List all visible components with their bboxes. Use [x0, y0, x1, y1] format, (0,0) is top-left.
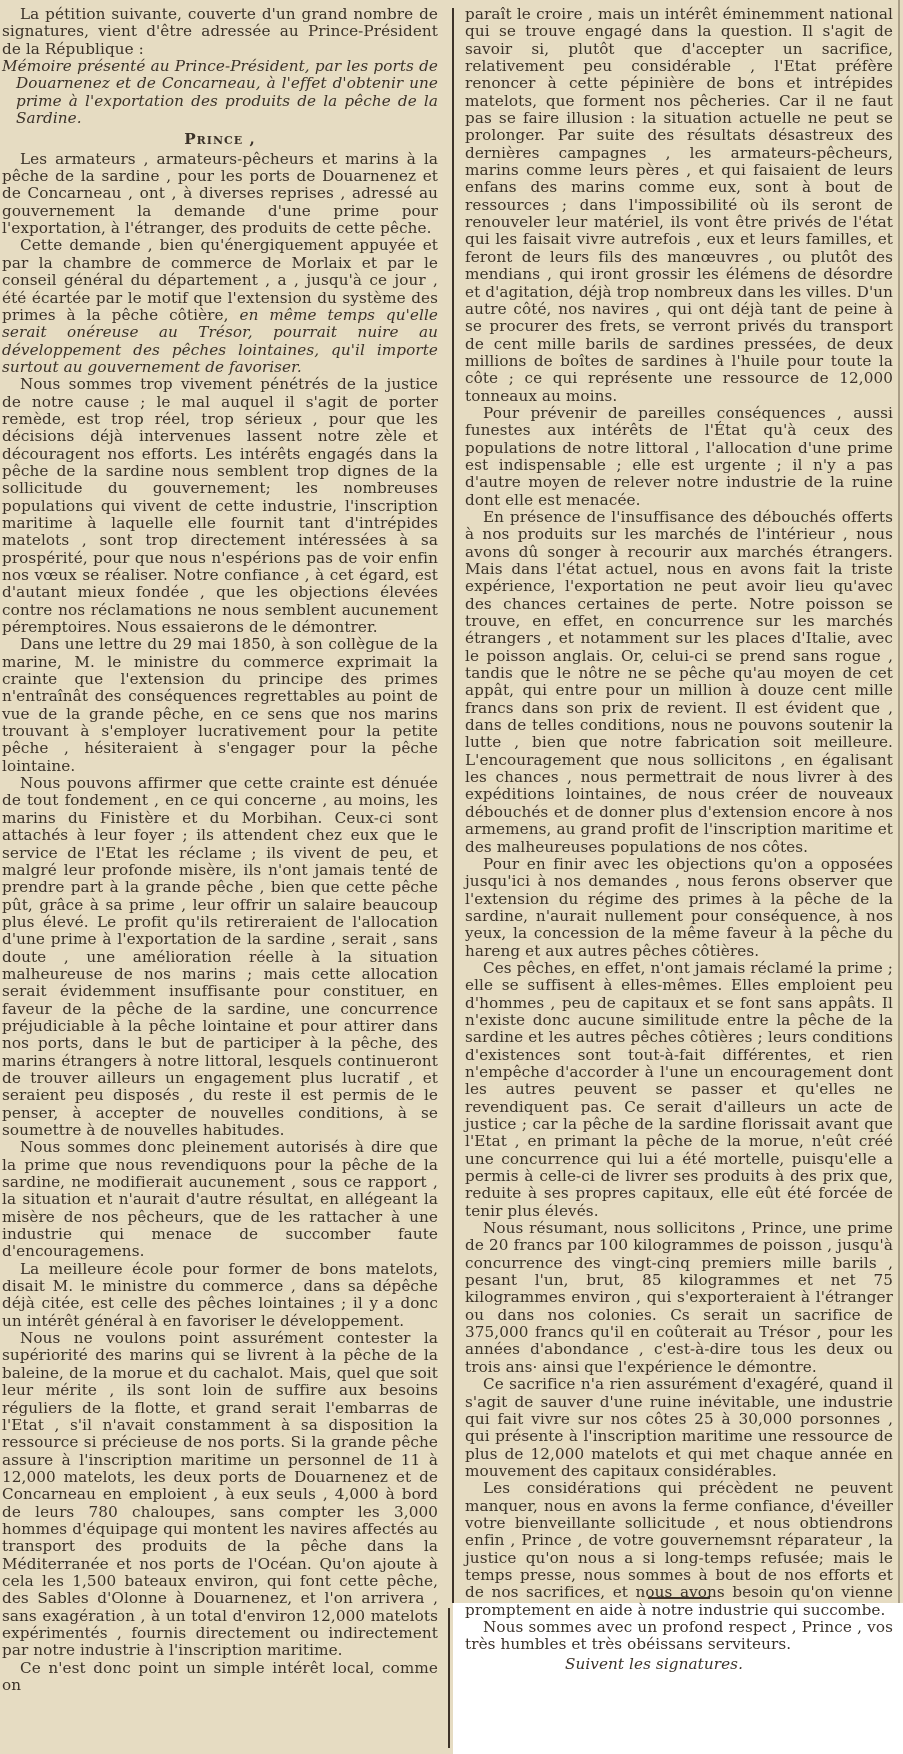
salutation: Prince ,: [2, 131, 438, 148]
paragraph: La meilleure école pour former de bons m…: [2, 1261, 438, 1330]
intro-paragraph: La pétition suivante, couverte d'un gran…: [2, 6, 438, 58]
paragraph: Ce sacrifice n'a rien assurément d'exagé…: [465, 1376, 893, 1480]
paragraph: Nous pouvons affirmer que cette crainte …: [2, 775, 438, 1139]
paragraph: Nous résumant, nous sollicitons , Prince…: [465, 1220, 893, 1376]
paragraph: En présence de l'insuffisance des débouc…: [465, 509, 893, 856]
paragraph: Nous sommes avec un profond respect , Pr…: [465, 1619, 893, 1654]
page-edge: [898, 0, 900, 1603]
paragraph: Ces pêches, en effet, n'ont jamais récla…: [465, 960, 893, 1220]
paragraph: Dans une lettre du 29 mai 1850, à son co…: [2, 636, 438, 775]
paragraph: Cette demande , bien qu'énergiquement ap…: [2, 237, 438, 376]
paragraph: Nous ne voulons point assurément contest…: [2, 1330, 438, 1660]
signatures-line: Suivent les signatures.: [465, 1656, 893, 1673]
column-divider: [452, 8, 454, 1603]
paragraph-continued: paraît le croire , mais un intérêt émine…: [465, 6, 893, 405]
paragraph: Les armateurs , armateurs-pêcheurs et ma…: [2, 151, 438, 238]
column-divider-lower: [448, 1608, 450, 1748]
section-end-rule: [648, 1597, 710, 1599]
right-column: paraît le croire , mais un intérêt émine…: [465, 6, 893, 1673]
paragraph: Nous sommes trop vivement pénétrés de la…: [2, 376, 438, 636]
paragraph: Nous sommes donc pleinement autorisés à …: [2, 1139, 438, 1260]
memoire-title: Mémoire présenté au Prince-Président, pa…: [2, 58, 438, 127]
paragraph: Pour en finir avec les objections qu'on …: [465, 856, 893, 960]
paragraph: Ce n'est donc point un simple intérêt lo…: [2, 1660, 438, 1695]
paragraph: Pour prévenir de pareilles conséquences …: [465, 405, 893, 509]
left-column: La pétition suivante, couverte d'un gran…: [2, 6, 438, 1694]
